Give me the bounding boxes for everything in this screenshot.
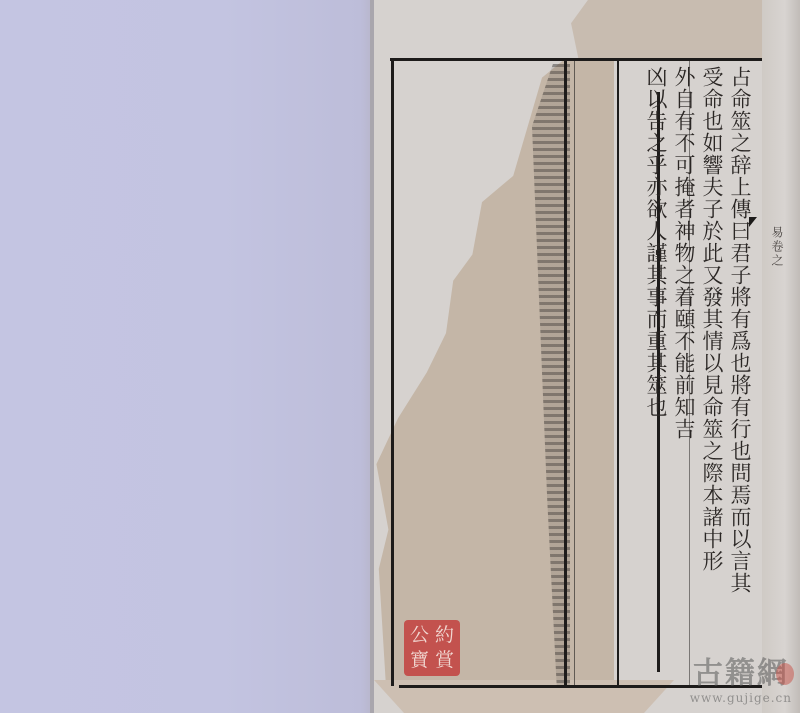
watermark-seal-icon (776, 663, 794, 685)
column-rule (617, 60, 619, 686)
text-column-4: 凶以告之乎亦欲人謹其事而重其筮也 (643, 66, 668, 594)
seal-char: 約 (435, 626, 454, 645)
collector-seal: 公 約 寶 賞 (404, 620, 460, 676)
border-frame-left (391, 58, 394, 686)
center-fold-title: 易卷之 (769, 226, 786, 268)
paper-repair-patch (374, 58, 614, 713)
main-text: 占命筮之辞上傳曰君子將有爲也將有行也問焉而以言其 受命也如響夫子於此又發其情以見… (643, 66, 752, 594)
fishtail-mark-icon (749, 217, 757, 227)
seal-char: 賞 (435, 651, 454, 670)
column-rule (574, 60, 575, 686)
text-column-2: 受命也如響夫子於此又發其情以見命筮之際本諸中形 (699, 66, 724, 594)
seal-char: 寶 (410, 651, 429, 670)
center-fold-strip (762, 0, 800, 713)
column-rule (564, 60, 567, 686)
watermark-url: www.gujige.cn (690, 691, 792, 705)
text-column-1: 占命筮之辞上傳曰君子將有爲也將有行也問焉而以言其 (727, 66, 752, 594)
site-watermark: 古籍網 www.gujige.cn (690, 657, 792, 705)
seal-char: 公 (410, 626, 429, 645)
text-column-3: 外自有不可掩者神物之着頤不能前知吉 (671, 66, 696, 594)
blank-left-page (0, 0, 372, 713)
border-frame-top (390, 58, 800, 61)
printed-right-page: 占命筮之辞上傳曰君子將有爲也將有行也問焉而以言其 受命也如響夫子於此又發其情以見… (374, 0, 800, 713)
